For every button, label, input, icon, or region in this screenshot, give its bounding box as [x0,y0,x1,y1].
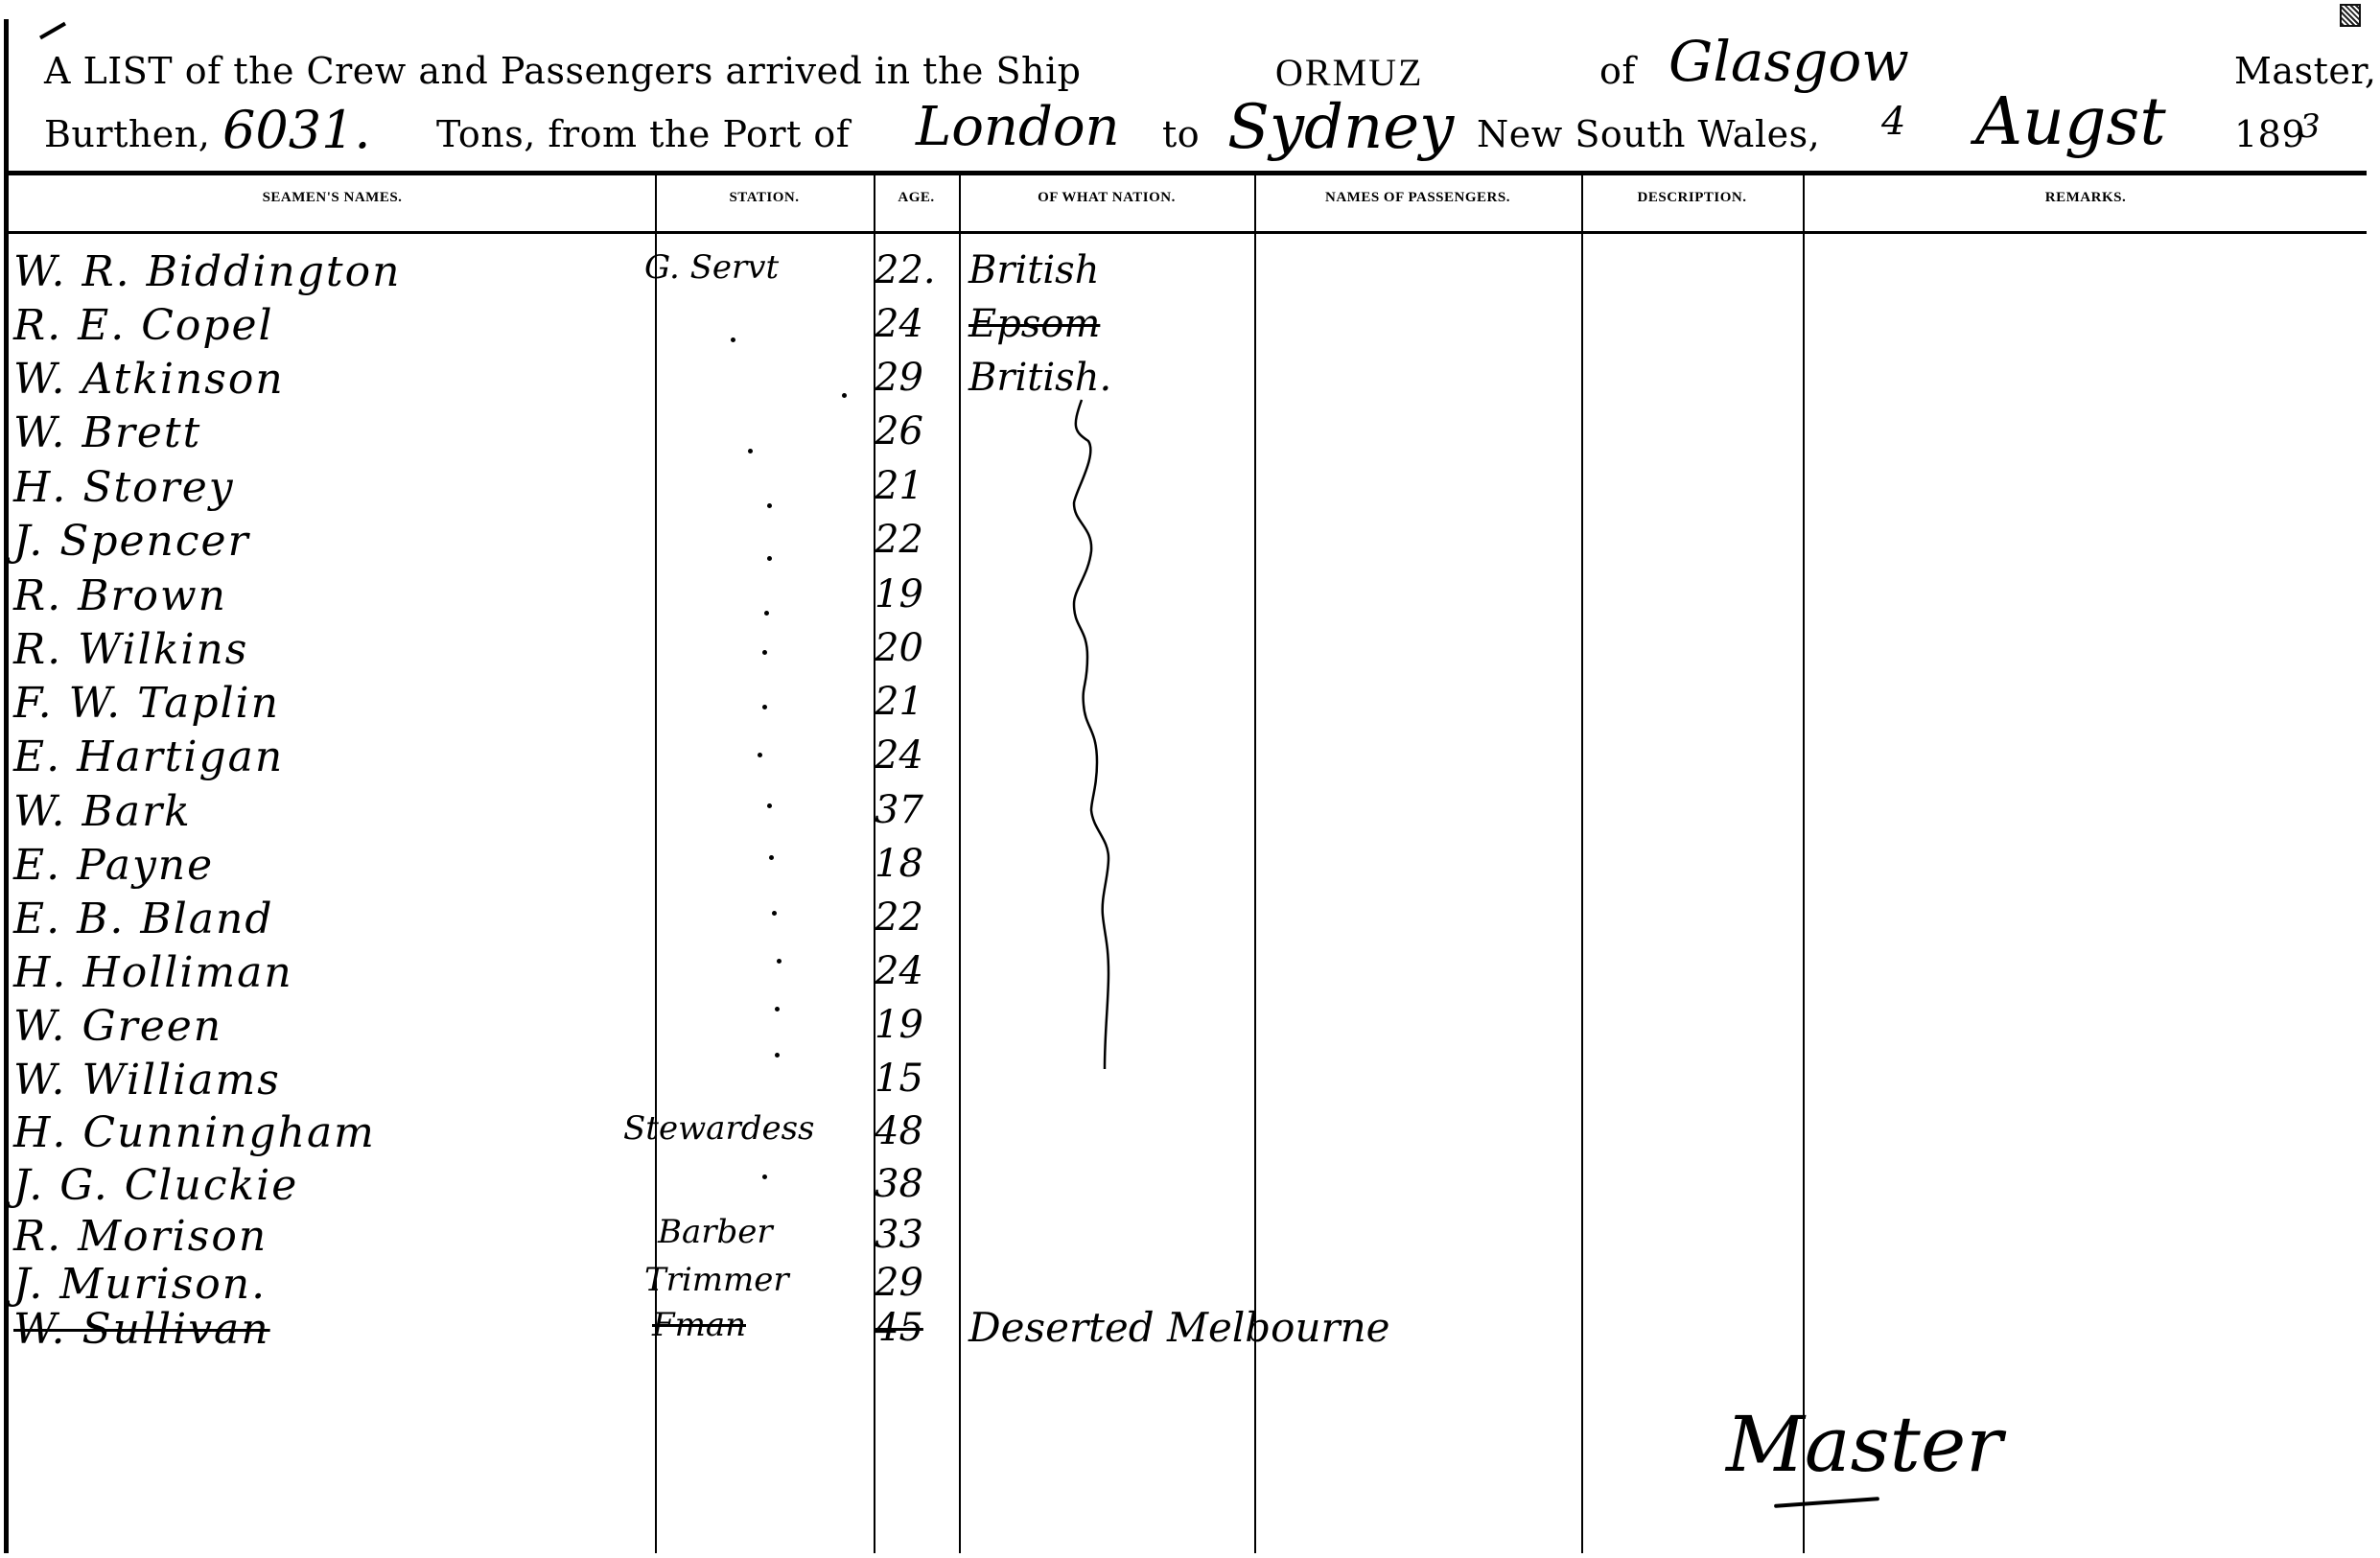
crew-age: 19 [875,575,923,614]
crew-name: W. Brett [13,412,201,454]
crew-station: Trimmer [644,1264,789,1296]
ditto-mark [769,855,774,860]
signature-underline [1774,1497,1879,1508]
crew-nation: British [968,251,1099,290]
crew-age: 22 [875,521,923,559]
crew-name: W. R. Biddington [13,251,401,293]
crew-list-document: A LIST of the Crew and Passengers arrive… [0,0,2380,1558]
crew-name: E. B. Bland [13,898,274,941]
crew-name: R. Brown [13,575,227,617]
column-header-seamen-names: SEAMEN'S NAMES. [10,190,655,206]
remark-deserted: Deserted Melbourne [968,1304,1389,1351]
crew-age: 21 [875,467,923,505]
crew-station: G. Servt [644,251,779,284]
crew-age: 21 [875,683,923,721]
crew-name: J. Spencer [13,521,250,563]
crew-name: W. Green [13,1006,222,1048]
table-top-rule [8,171,2367,175]
crew-age: 18 [875,845,923,883]
crew-name: J. Murison. [13,1264,267,1306]
ditto-mark [767,556,772,561]
year-prefix: 189 [2234,113,2305,155]
crew-age: 22 [875,898,923,937]
master-signature: Master [1726,1400,2002,1489]
crew-name: E. Payne [13,845,214,887]
ditto-wavy-line-icon [1055,398,1112,1261]
ditto-mark [762,1174,767,1179]
ditto-mark [775,1007,780,1012]
crew-name: F. W. Taplin [13,683,280,725]
crew-age: 15 [875,1059,923,1098]
crew-age: 29 [875,359,923,397]
burthen-label: Burthen, [44,113,210,155]
crew-name: R. Morison [13,1216,268,1258]
ditto-mark [772,911,777,916]
check-mark-icon [39,22,66,39]
ditto-mark [748,449,753,453]
ditto-mark [731,337,735,342]
ditto-mark [762,705,767,709]
column-divider [1803,173,1805,1553]
crew-name: E. Hartigan [13,736,284,779]
crew-station: Barber [658,1216,773,1248]
crew-age: 22. [875,251,936,290]
crew-nation-struck: Epsom [968,305,1100,343]
corner-stamp-icon [2340,4,2361,27]
crew-age: 19 [875,1006,923,1044]
ditto-mark [762,650,767,655]
crew-station-struck: Fman [652,1309,746,1341]
crew-age: 20 [875,629,923,667]
ditto-mark [764,611,769,616]
of-label: of [1599,50,1636,92]
column-header-remarks: REMARKS. [1803,190,2368,206]
table-header-bottom-rule [8,231,2367,234]
column-header-passengers: NAMES OF PASSENGERS. [1254,190,1581,206]
ditto-mark [758,753,762,757]
column-header-description: DESCRIPTION. [1581,190,1803,206]
tons-from-label: Tons, from the Port of [436,113,850,155]
crew-age: 37 [875,791,923,829]
crew-age-struck: 45 [875,1309,923,1347]
crew-age: 26 [875,412,923,451]
crew-station: Stewardess [623,1112,814,1145]
crew-name: R. E. Copel [13,305,274,347]
date-day: 4 [1881,100,1905,144]
ditto-mark [775,1053,780,1058]
crew-age: 24 [875,736,923,775]
column-header-nation: OF WHAT NATION. [959,190,1254,206]
crew-nation: British. [968,359,1111,397]
crew-name: R. Wilkins [13,629,248,671]
column-header-station: STATION. [655,190,874,206]
column-header-age: AGE. [874,190,959,206]
to-label: to [1162,113,1200,155]
crew-name: W. Atkinson [13,359,285,401]
crew-age: 29 [875,1264,923,1302]
to-port: Sydney [1227,92,1454,163]
crew-age: 24 [875,952,923,990]
crew-age: 38 [875,1165,923,1203]
column-divider [1581,173,1583,1553]
ditto-mark [842,393,847,398]
crew-name: W. Williams [13,1059,281,1102]
crew-name-struck: W. Sullivan [13,1309,270,1351]
crew-name: H. Storey [13,467,235,509]
title-prefix: A LIST of the Crew and Passengers arrive… [44,50,1081,92]
master-label: Master, [2234,50,2376,92]
ditto-mark [767,503,772,508]
column-divider [655,173,657,1553]
crew-age: 24 [875,305,923,343]
crew-name: J. G. Cluckie [13,1165,298,1207]
from-port: London [916,96,1120,158]
ship-name: ORMUZ [1275,50,1423,95]
ditto-mark [777,959,782,964]
column-divider [959,173,961,1553]
ditto-mark [767,803,772,808]
port-of-registry: Glasgow [1668,29,1909,94]
region-label: New South Wales, [1477,113,1820,155]
crew-name: H. Holliman [13,952,293,994]
crew-age: 48 [875,1112,923,1151]
burthen-value: 6031. [222,100,371,160]
crew-name: W. Bark [13,791,192,833]
year-suffix: 3 [2299,107,2321,146]
crew-age: 33 [875,1216,923,1254]
left-border-rule [4,19,9,1553]
date-month: Augst [1975,84,2166,160]
crew-name: H. Cunningham [13,1112,376,1154]
